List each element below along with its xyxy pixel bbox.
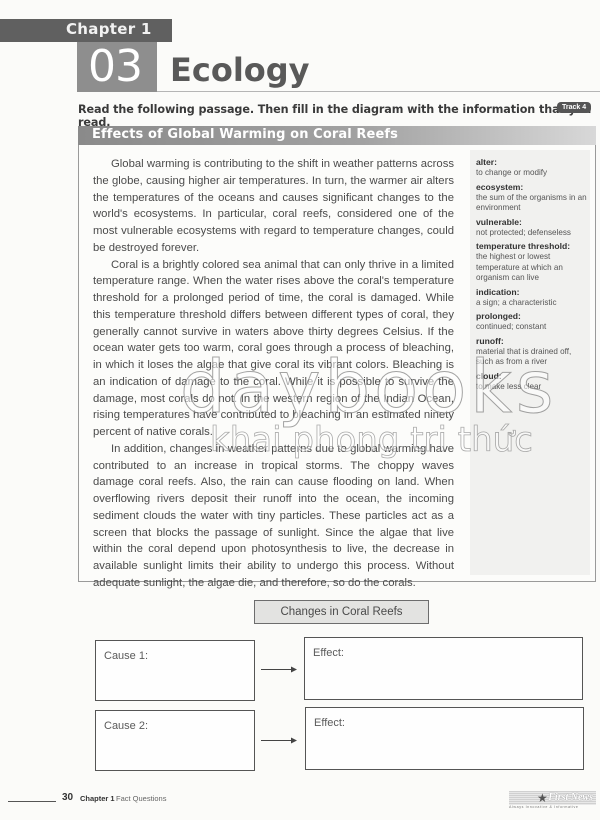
glossary-entry: runoff:material that is drained off, suc… [476,336,588,368]
glossary-term: prolonged: [476,311,588,322]
glossary-entry: prolonged:continued; constant [476,311,588,333]
track-badge[interactable]: Track 4 [557,102,591,113]
glossary-definition: not protected; defenseless [476,228,588,239]
glossary-definition: a sign; a characteristic [476,298,588,309]
glossary-entry: temperature threshold:the highest or low… [476,241,588,284]
footer-section: Fact Questions [116,794,166,803]
glossary-term: runoff: [476,336,588,347]
passage-body: Global warming is contributing to the sh… [93,156,454,592]
glossary-entry: cloud:to make less clear [476,371,588,393]
passage-paragraph: Global warming is contributing to the sh… [93,156,454,257]
diagram-title: Changes in Coral Reefs [254,600,429,624]
effect-label: Effect: [313,647,344,659]
cause-label: Cause 1: [104,650,148,662]
cause-1-box[interactable]: Cause 1: [95,640,255,701]
unit-title: Ecology [170,50,310,90]
glossary-definition: to make less clear [476,382,588,393]
glossary-entry: alter:to change or modify [476,157,588,179]
footer-rule [8,801,56,802]
footer-chapter: Chapter 1 [80,794,115,803]
passage-paragraph: Coral is a brightly colored sea animal t… [93,257,454,441]
effect-2-box[interactable]: Effect: [305,707,584,770]
arrow-right-icon [261,665,297,674]
passage-title: Effects of Global Warming on Coral Reefs [92,127,398,142]
unit-number: 03 [88,42,142,92]
passage-paragraph: In addition, changes in weather patterns… [93,441,454,592]
glossary-definition: to change or modify [476,168,588,179]
glossary-definition: the sum of the organisms in an environme… [476,193,588,214]
glossary-entry: ecosystem:the sum of the organisms in an… [476,182,588,214]
glossary-term: indication: [476,287,588,298]
title-rule [157,91,600,92]
publisher-logo: ★ First News Always Innovative & Informa… [509,791,596,811]
effect-label: Effect: [314,717,345,729]
cause-label: Cause 2: [104,720,148,732]
glossary-term: vulnerable: [476,217,588,228]
star-icon: ★ [537,791,548,805]
publisher-name: First News [548,792,593,803]
glossary-term: temperature threshold: [476,241,588,252]
glossary: alter:to change or modify ecosystem:the … [476,154,588,392]
glossary-term: alter: [476,157,588,168]
glossary-term: ecosystem: [476,182,588,193]
cause-2-box[interactable]: Cause 2: [95,710,255,771]
glossary-entry: indication:a sign; a characteristic [476,287,588,309]
chapter-label: Chapter 1 [66,20,152,38]
glossary-definition: continued; constant [476,322,588,333]
publisher-tagline: Always Innovative & Informative [509,805,579,809]
glossary-definition: material that is drained off, such as fr… [476,347,588,368]
arrow-right-icon [261,736,297,745]
glossary-entry: vulnerable:not protected; defenseless [476,217,588,239]
glossary-term: cloud: [476,371,588,382]
page-number: 30 [62,792,73,803]
effect-1-box[interactable]: Effect: [304,637,583,700]
glossary-definition: the highest or lowest temperature at whi… [476,252,588,284]
